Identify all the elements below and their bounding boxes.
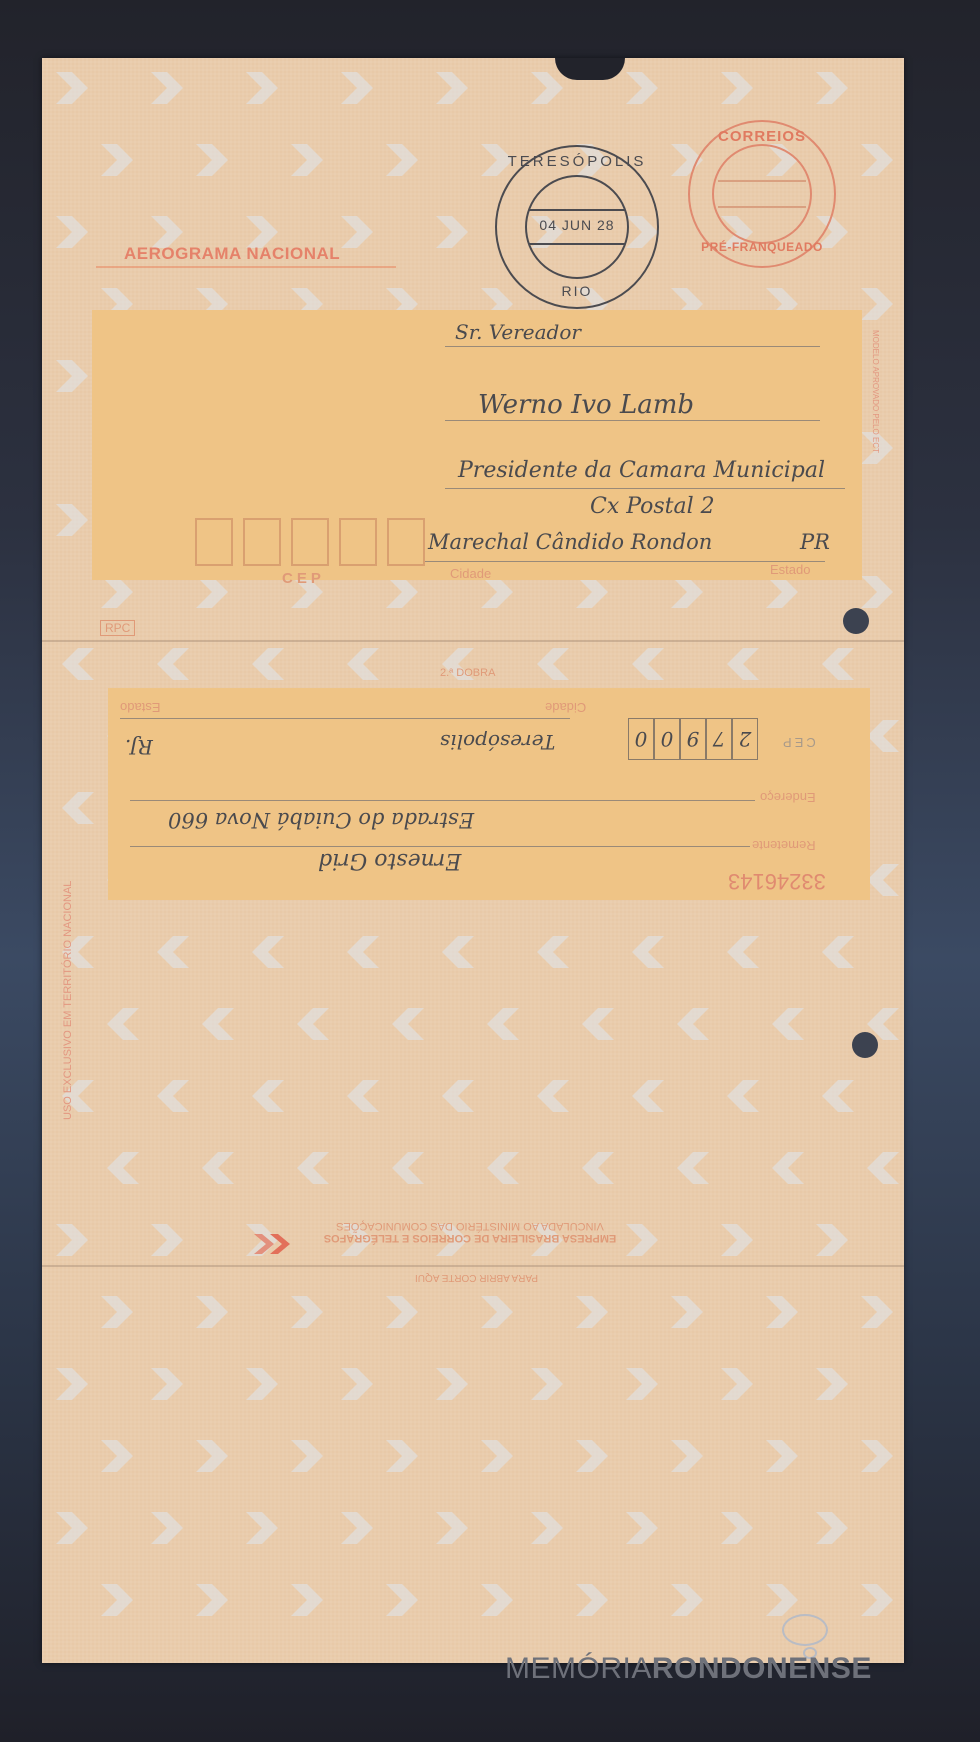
chevron-pattern-icon xyxy=(242,1078,288,1114)
chevron-pattern-icon xyxy=(52,1222,98,1258)
chevron-pattern-icon xyxy=(337,70,383,106)
correios-logo-icon xyxy=(252,1232,292,1256)
chevron-pattern-icon xyxy=(667,1006,713,1042)
aerogram-title: AEROGRAMA NACIONAL xyxy=(96,244,396,268)
cep-box-4[interactable] xyxy=(339,518,377,566)
chevron-pattern-icon xyxy=(97,1006,143,1042)
side-text-right: MODELO APROVADO PELO ECT xyxy=(871,330,880,453)
company-name: EMPRESA BRASILEIRA DE CORREIOS E TELÉGRA… xyxy=(250,1232,690,1244)
chevron-pattern-icon xyxy=(527,1510,573,1546)
state-label: Estado xyxy=(770,562,810,577)
chevron-pattern-icon xyxy=(52,214,98,250)
chevron-pattern-icon xyxy=(762,1582,808,1618)
chevron-pattern-icon xyxy=(527,646,573,682)
sender-city-label: Cidade xyxy=(545,700,586,715)
chevron-pattern-icon xyxy=(382,1150,428,1186)
chevron-pattern-icon xyxy=(287,1294,333,1330)
chevron-pattern-icon xyxy=(572,1006,618,1042)
postmark-stamp: TERESÓPOLIS 04 JUN 28 RIO xyxy=(495,145,659,309)
sender-address-label: Endereço xyxy=(760,790,816,805)
chevron-pattern-icon xyxy=(717,1366,763,1402)
thought-bubble-icon xyxy=(782,1614,828,1646)
city-label: Cidade xyxy=(450,566,491,581)
chevron-pattern-icon xyxy=(192,1006,238,1042)
chevron-pattern-icon xyxy=(527,1366,573,1402)
chevron-pattern-icon xyxy=(52,1078,98,1114)
chevron-pattern-icon xyxy=(762,1438,808,1474)
chevron-pattern-icon xyxy=(52,790,98,826)
chevron-pattern-icon xyxy=(337,646,383,682)
watermark: MEMÓRIARONDONENSE xyxy=(505,1652,872,1686)
chevron-pattern-icon xyxy=(762,1150,808,1186)
chevron-pattern-icon xyxy=(287,142,333,178)
chevron-pattern-icon xyxy=(857,142,903,178)
chevron-pattern-icon xyxy=(242,1510,288,1546)
chevron-pattern-icon xyxy=(812,1366,858,1402)
chevron-pattern-icon xyxy=(857,1438,903,1474)
chevron-pattern-icon xyxy=(477,1150,523,1186)
chevron-pattern-icon xyxy=(857,1150,903,1186)
serial-number: 33246143 xyxy=(728,868,826,894)
chevron-pattern-icon xyxy=(857,1582,903,1618)
fold-line-1 xyxy=(42,640,904,642)
sender-state-label: Estado xyxy=(120,700,160,715)
sender-cep-digit: 7 xyxy=(706,718,732,760)
postmark-date: 04 JUN 28 xyxy=(525,217,629,233)
postmark-state: RIO xyxy=(497,283,657,299)
chevron-pattern-icon xyxy=(52,646,98,682)
open-here-label: PARA ABRIR CORTE AQUI xyxy=(415,1272,538,1283)
chevron-pattern-icon xyxy=(192,1438,238,1474)
chevron-pattern-icon xyxy=(432,1510,478,1546)
chevron-pattern-icon xyxy=(762,1294,808,1330)
chevron-pattern-icon xyxy=(52,1510,98,1546)
chevron-pattern-icon xyxy=(812,70,858,106)
cep-box-2[interactable] xyxy=(243,518,281,566)
chevron-pattern-icon xyxy=(382,1582,428,1618)
chevron-pattern-icon xyxy=(622,934,668,970)
chevron-pattern-icon xyxy=(287,1438,333,1474)
chevron-pattern-icon xyxy=(572,1150,618,1186)
chevron-pattern-icon xyxy=(147,934,193,970)
chevron-pattern-icon xyxy=(717,646,763,682)
punch-hole-2 xyxy=(852,1032,878,1058)
chevron-pattern-icon xyxy=(812,1510,858,1546)
chevron-pattern-icon xyxy=(812,646,858,682)
chevron-pattern-icon xyxy=(432,1366,478,1402)
sender-state: RJ. xyxy=(125,735,153,759)
chevron-pattern-icon xyxy=(52,934,98,970)
chevron-pattern-icon xyxy=(527,934,573,970)
chevron-pattern-icon xyxy=(432,70,478,106)
chevron-pattern-icon xyxy=(287,1150,333,1186)
sender-cep-digit: 0 xyxy=(654,718,680,760)
company-ministry: VINCULADA AO MINISTÉRIO DAS COMUNICAÇÕES xyxy=(250,1220,690,1232)
chevron-pattern-icon xyxy=(857,430,903,466)
chevron-pattern-icon xyxy=(667,1294,713,1330)
watermark-light: MEMÓRIA xyxy=(505,1652,652,1685)
chevron-pattern-icon xyxy=(477,1438,523,1474)
sender-cep-digit: 9 xyxy=(680,718,706,760)
chevron-pattern-icon xyxy=(717,934,763,970)
chevron-pattern-icon xyxy=(192,1150,238,1186)
postmark-city: TERESÓPOLIS xyxy=(497,153,657,170)
second-fold-label: 2.ª DOBRA xyxy=(440,667,495,679)
chevron-pattern-icon xyxy=(147,646,193,682)
chevron-pattern-icon xyxy=(857,286,903,322)
chevron-pattern-icon xyxy=(762,1006,808,1042)
recipient-line-4: Cx Postal 2 xyxy=(590,494,715,519)
chevron-pattern-icon xyxy=(812,1078,858,1114)
chevron-pattern-icon xyxy=(52,70,98,106)
chevron-pattern-icon xyxy=(337,1078,383,1114)
chevron-pattern-icon xyxy=(622,1078,668,1114)
recipient-name: Werno Ivo Lamb xyxy=(478,390,694,420)
chevron-pattern-icon xyxy=(717,1222,763,1258)
chevron-pattern-icon xyxy=(97,1294,143,1330)
chevron-pattern-icon xyxy=(147,1222,193,1258)
chevron-pattern-icon xyxy=(812,1222,858,1258)
chevron-pattern-icon xyxy=(382,142,428,178)
chevron-pattern-icon xyxy=(192,1582,238,1618)
chevron-pattern-icon xyxy=(572,1438,618,1474)
cep-box-3[interactable] xyxy=(291,518,329,566)
recipient-city: Marechal Cândido Rondon xyxy=(428,530,712,554)
fold-line-2 xyxy=(42,1265,904,1267)
prepaid-bottom-text: PRÉ-FRANQUEADO xyxy=(690,240,834,254)
rpc-label: RPC xyxy=(100,620,135,636)
chevron-pattern-icon xyxy=(147,1510,193,1546)
chevron-pattern-icon xyxy=(477,1582,523,1618)
side-text-left: USO EXCLUSIVO EM TERRITÓRIO NACIONAL xyxy=(62,881,74,1120)
chevron-pattern-icon xyxy=(717,1510,763,1546)
chevron-pattern-icon xyxy=(382,1438,428,1474)
company-footer: EMPRESA BRASILEIRA DE CORREIOS E TELÉGRA… xyxy=(250,1220,690,1244)
recipient-state: PR xyxy=(800,530,830,554)
chevron-pattern-icon xyxy=(667,1582,713,1618)
chevron-pattern-icon xyxy=(97,1150,143,1186)
chevron-pattern-icon xyxy=(432,1078,478,1114)
sender-city: Teresópolis xyxy=(440,730,555,754)
chevron-pattern-icon xyxy=(337,934,383,970)
sender-name: Ernesto Grid xyxy=(318,848,461,873)
chevron-pattern-icon xyxy=(857,1294,903,1330)
chevron-pattern-icon xyxy=(622,70,668,106)
sender-cep-boxes: 2 7 9 0 0 xyxy=(628,718,758,760)
chevron-pattern-icon xyxy=(52,1366,98,1402)
chevron-pattern-icon xyxy=(572,1582,618,1618)
chevron-pattern-icon xyxy=(382,1294,428,1330)
watermark-bold: RONDONENSE xyxy=(652,1652,872,1685)
chevron-pattern-icon xyxy=(622,1510,668,1546)
chevron-pattern-icon xyxy=(717,70,763,106)
chevron-pattern-icon xyxy=(477,1006,523,1042)
chevron-pattern-icon xyxy=(337,1510,383,1546)
cep-label: CEP xyxy=(282,570,325,587)
cep-box-5[interactable] xyxy=(387,518,425,566)
chevron-pattern-icon xyxy=(527,1078,573,1114)
chevron-pattern-icon xyxy=(287,1006,333,1042)
cep-box-1[interactable] xyxy=(195,518,233,566)
sender-cep-digit: 2 xyxy=(732,718,758,760)
chevron-pattern-icon xyxy=(717,1078,763,1114)
chevron-pattern-icon xyxy=(622,1366,668,1402)
chevron-pattern-icon xyxy=(192,142,238,178)
chevron-pattern-icon xyxy=(337,1366,383,1402)
prepaid-top-text: CORREIOS xyxy=(690,128,834,145)
chevron-pattern-icon xyxy=(477,1294,523,1330)
chevron-pattern-icon xyxy=(242,70,288,106)
chevron-pattern-icon xyxy=(192,1294,238,1330)
chevron-pattern-icon xyxy=(812,934,858,970)
chevron-pattern-icon xyxy=(667,1438,713,1474)
torn-notch xyxy=(555,58,625,80)
chevron-pattern-icon xyxy=(242,646,288,682)
chevron-pattern-icon xyxy=(147,70,193,106)
chevron-pattern-icon xyxy=(147,1078,193,1114)
sender-cep-label: CEP xyxy=(780,735,816,750)
chevron-pattern-icon xyxy=(432,934,478,970)
chevron-pattern-icon xyxy=(147,1366,193,1402)
chevron-pattern-icon xyxy=(857,574,903,610)
chevron-pattern-icon xyxy=(287,1582,333,1618)
chevron-pattern-icon xyxy=(97,1582,143,1618)
chevron-pattern-icon xyxy=(572,1294,618,1330)
chevron-pattern-icon xyxy=(242,1366,288,1402)
recipient-line-1: Sr. Vereador xyxy=(455,320,581,344)
chevron-pattern-icon xyxy=(622,646,668,682)
sender-label: Remetente xyxy=(752,838,816,853)
punch-hole-1 xyxy=(843,608,869,634)
prepaid-stamp: CORREIOS PRÉ-FRANQUEADO xyxy=(688,120,836,268)
chevron-pattern-icon xyxy=(242,934,288,970)
sender-address: Estrada do Cuiabá Nova 660 xyxy=(168,808,474,832)
chevron-pattern-icon xyxy=(97,142,143,178)
chevron-pattern-icon xyxy=(432,214,478,250)
chevron-pattern-icon xyxy=(667,1150,713,1186)
sender-cep-digit: 0 xyxy=(628,718,654,760)
chevron-pattern-icon xyxy=(382,1006,428,1042)
chevron-pattern-icon xyxy=(97,1438,143,1474)
recipient-line-3: Presidente da Camara Municipal xyxy=(458,458,825,483)
